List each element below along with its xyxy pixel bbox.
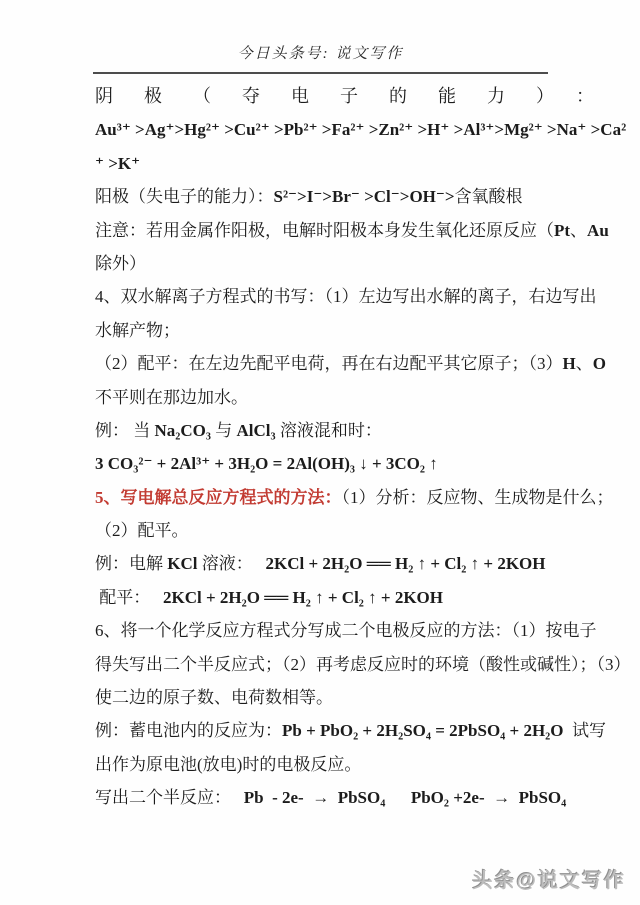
example1-formula-na2co3: Na₂CO₃ [155, 421, 211, 440]
half-label: 写出二个半反应： [95, 788, 231, 807]
item4-element-comma: 、 [576, 354, 593, 373]
line-item5-heading: 5、写电解总反应方程式的方法：（1）分析：反应物、生成物是什么； [95, 481, 625, 514]
line-note-2: 除外） [95, 247, 625, 280]
line-item6-3: 使二边的原子数、电荷数相等。 [95, 681, 625, 714]
note-au: Au [587, 221, 609, 240]
example3-pre: 例：蓄电池内的反应为： [95, 721, 282, 740]
line-balance: 配平： 2KCl + 2H₂O ══ H₂ ↑ + Cl₂ ↑ + 2KOH [95, 581, 625, 614]
line-anode-series: 阳极（失电子的能力）：S²⁻>I⁻>Br⁻ >Cl⁻>OH⁻>含氧酸根 [95, 180, 625, 213]
example2-formula-kcl: KCl [167, 554, 197, 573]
item4-element-o: O [593, 354, 606, 373]
line-item6-1: 6、将一个化学反应方程式分写成二个电极反应的方法：（1）按电子 [95, 614, 625, 647]
line-item4-4: 不平则在那边加水。 [95, 381, 625, 414]
note-text: 注意：若用金属作阳极，电解时阳极本身发生氧化还原反应（ [95, 221, 554, 240]
line-cathode-heading: 阴极（夺电子的能力）： [95, 80, 625, 113]
note-pt: Pt [554, 221, 570, 240]
line-item4-1: 4、双水解离子方程式的书写：（1）左边写出水解的离子，右边写出 [95, 280, 625, 313]
line-item6-2: 得失写出二个半反应式；（2）再考虑反应时的环境（酸性或碱性）；（3） [95, 648, 625, 681]
anode-ion-series: S²⁻>I⁻>Br⁻ >Cl⁻>OH⁻> [274, 187, 455, 206]
example2-mid: 溶液： [197, 554, 252, 573]
line-item5-2: （2）配平。 [95, 514, 625, 547]
line-note-1: 注意：若用金属作阳极，电解时阳极本身发生氧化还原反应（Pt、Au [95, 214, 625, 247]
item4-element-h: H [563, 354, 576, 373]
note-comma: 、 [570, 221, 587, 240]
item4-step23: （2）配平：在左边先配平电荷，再在右边配平其它原子；（3） [95, 354, 563, 373]
example2-equation: 2KCl + 2H₂O ══ H₂ ↑ + Cl₂ ↑ + 2KOH [253, 554, 546, 573]
balance-label: 配平： [95, 588, 150, 607]
line-example3-2: 出作为原电池(放电)时的电极反应。 [95, 748, 625, 781]
example1-mid: 与 [211, 421, 237, 440]
anode-series-tail: 含氧酸根 [455, 187, 523, 206]
example1-pre: 例： 当 [95, 421, 155, 440]
item5-rest: （1）分析：反应物、生成物是什么； [342, 488, 614, 507]
line-cathode-ion-series-1: Au³⁺ >Ag⁺>Hg²⁺ >Cu²⁺ >Pb²⁺ >Fa²⁺ >Zn²⁺ >… [95, 113, 625, 146]
anode-label: 阳极（失电子的能力）： [95, 187, 274, 206]
line-item4-3: （2）配平：在左边先配平电荷，再在右边配平其它原子；（3）H、O [95, 347, 625, 380]
example2-pre: 例：电解 [95, 554, 167, 573]
line-example3: 例：蓄电池内的反应为：Pb + PbO₂ + 2H₂SO₄ = 2PbSO₄ +… [95, 714, 625, 747]
line-example2: 例：电解 KCl 溶液： 2KCl + 2H₂O ══ H₂ ↑ + Cl₂ ↑… [95, 547, 625, 580]
document-page: 今日头条号: 说文写作 阴极（夺电子的能力）： Au³⁺ >Ag⁺>Hg²⁺ >… [0, 0, 640, 905]
line-item4-2: 水解产物； [95, 314, 625, 347]
example3-post: 试写 [564, 721, 607, 740]
line-cathode-ion-series-2: ⁺ >K⁺ [95, 147, 625, 180]
item5-heading-red: 5、写电解总反应方程式的方法： [95, 488, 342, 507]
line-example1-equation: 3 CO₃²⁻ + 2Al³⁺ + 3H₂O = 2Al(OH)₃ ↓ + 3C… [95, 447, 625, 480]
watermark: 头条@说文写作 [472, 864, 626, 893]
example1-post: 溶液混和时： [276, 421, 382, 440]
document-body: 阴极（夺电子的能力）： Au³⁺ >Ag⁺>Hg²⁺ >Cu²⁺ >Pb²⁺ >… [95, 80, 625, 815]
example3-equation: Pb + PbO₂ + 2H₂SO₄ = 2PbSO₄ + 2H₂O [282, 721, 564, 740]
header-byline: 今日头条号: 说文写作 [93, 42, 548, 74]
example1-formula-alcl3: AlCl₃ [236, 421, 275, 440]
line-half-reactions: 写出二个半反应： Pb - 2e- → PbSO₄ PbO₂ +2e- → Pb… [95, 781, 625, 814]
line-example1: 例： 当 Na₂CO₃ 与 AlCl₃ 溶液混和时： [95, 414, 625, 447]
half-equations: Pb - 2e- → PbSO₄ PbO₂ +2e- → PbSO₄ [231, 788, 566, 807]
balance-equation: 2KCl + 2H₂O ══ H₂ ↑ + Cl₂ ↑ + 2KOH [150, 588, 443, 607]
